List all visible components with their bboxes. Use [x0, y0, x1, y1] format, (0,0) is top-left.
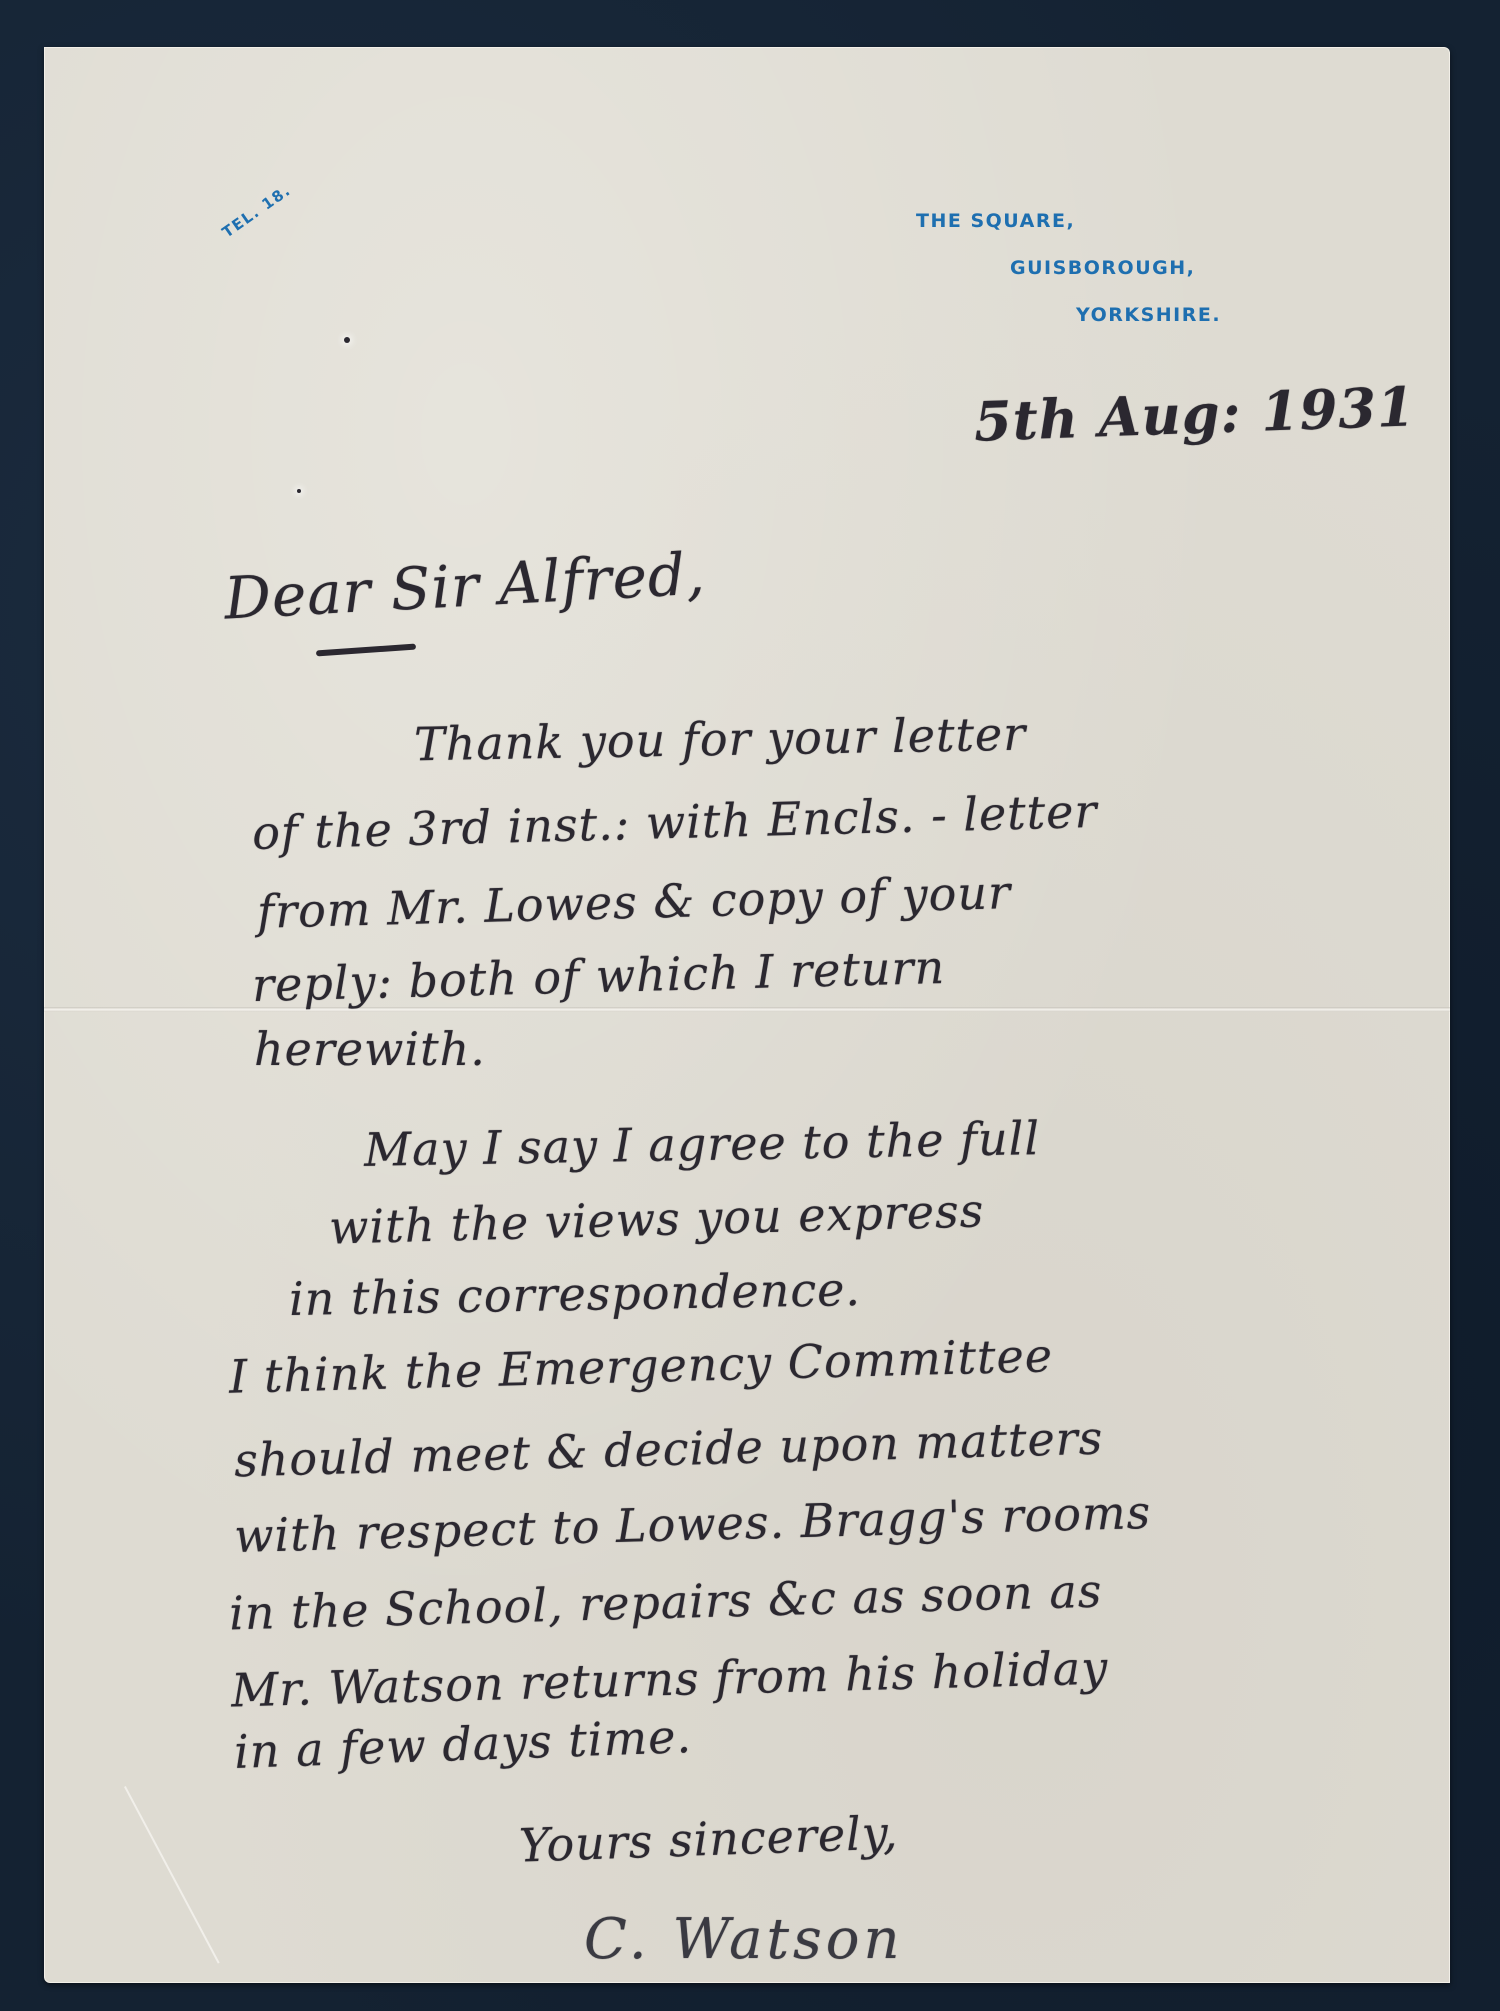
letterhead-address-line-1: THE SQUARE, [916, 210, 1075, 232]
body-line: with the views you express [328, 1183, 984, 1254]
salutation: Dear Sir Alfred, [223, 539, 707, 632]
closing: Yours sincerely, [518, 1805, 899, 1872]
body-line: Mr. Watson returns from his holiday [230, 1641, 1108, 1718]
salutation-underline [316, 644, 416, 657]
body-line: in a few days time. [233, 1709, 693, 1779]
body-line: herewith. [254, 1022, 486, 1076]
corner-crease [124, 1786, 220, 1964]
letter-date: 5th Aug: 1931 [973, 374, 1416, 453]
letterhead-address-line-2: GUISBOROUGH, [1010, 257, 1195, 279]
body-line: of the 3rd inst.: with Encls. - letter [251, 784, 1098, 860]
body-line: with respect to Lowes. Bragg's rooms [233, 1485, 1151, 1563]
letterhead-telephone: TEL. 18. [219, 181, 294, 241]
signature: C. Watson [584, 1907, 904, 1972]
pinhole-mark [297, 489, 301, 493]
body-line: from Mr. Lowes & copy of your [256, 865, 1011, 939]
body-line: should meet & decide upon matters [233, 1411, 1103, 1488]
body-line: in this correspondence. [289, 1262, 862, 1326]
body-line: Thank you for your letter [414, 707, 1027, 772]
body-line: I think the Emergency Committee [228, 1328, 1053, 1404]
body-line: reply: both of which I return [251, 940, 945, 1012]
body-line: in the School, repairs &c as soon as [228, 1564, 1103, 1641]
letterhead-address-line-3: YORKSHIRE. [1076, 304, 1221, 326]
letter-paper: TEL. 18. THE SQUARE, GUISBOROUGH, YORKSH… [44, 47, 1450, 1983]
body-line: May I say I agree to the full [364, 1111, 1041, 1177]
pinhole-mark [344, 337, 350, 343]
